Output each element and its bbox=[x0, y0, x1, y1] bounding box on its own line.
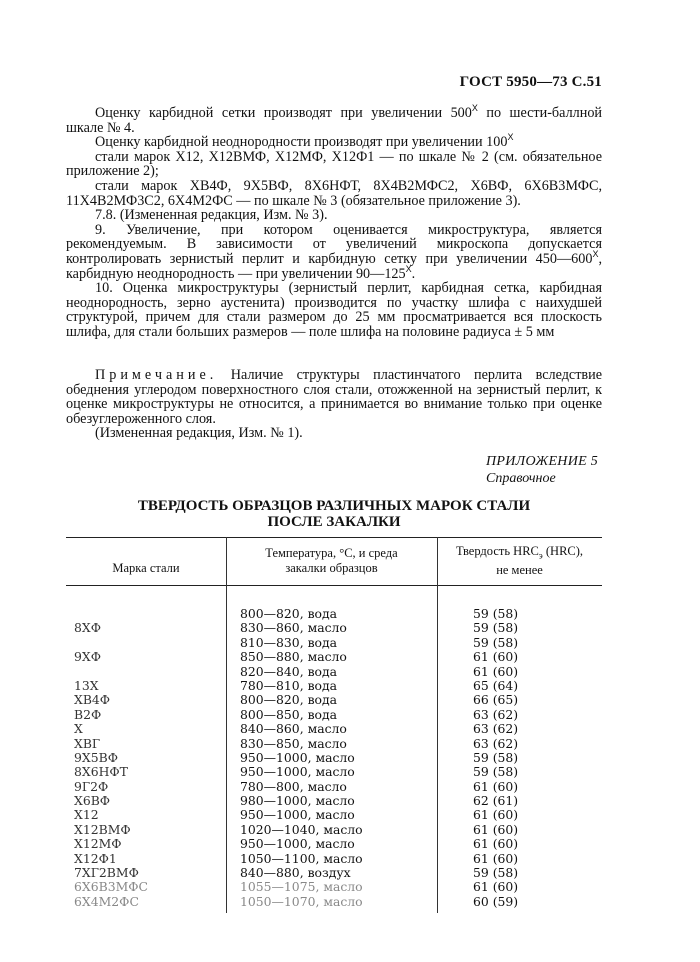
table-title: ТВЕРДОСТЬ ОБРАЗЦОВ РАЗЛИЧНЫХ МАРОК СТАЛИ… bbox=[66, 498, 602, 530]
grade-cell: 9ХФ bbox=[74, 650, 224, 664]
temperature-cell: 830—860, масло bbox=[240, 621, 440, 635]
text: закалки образцов bbox=[285, 561, 377, 575]
hardness-table: Марка стали Температура, °С, и средазака… bbox=[66, 537, 602, 913]
hardness-cell: 63 (62) bbox=[411, 708, 611, 722]
temperature-cell: 800—820, вода bbox=[240, 693, 440, 707]
hardness-cell: 61 (60) bbox=[411, 808, 611, 822]
temperature-cell: 800—850, вода bbox=[240, 708, 440, 722]
grade-cell: 8ХФ bbox=[74, 621, 224, 635]
table-row: 800—820, вода59 (58) bbox=[66, 607, 602, 621]
header-temperature: Температура, °С, и средазакалки образцов bbox=[226, 537, 437, 585]
text: не менее bbox=[496, 563, 543, 577]
table-row: 7ХГ2ВМФ840—880, воздух59 (58) bbox=[66, 866, 602, 880]
body-text: Оценку карбидной сетки производят при ув… bbox=[66, 106, 602, 340]
table-row: 810—830, вода59 (58) bbox=[66, 636, 602, 650]
temperature-cell: 810—830, вода bbox=[240, 636, 440, 650]
grade-cell: Х12 bbox=[74, 808, 224, 822]
table-row: В2Ф800—850, вода63 (62) bbox=[66, 708, 602, 722]
grade-cell: 7ХГ2ВМФ bbox=[74, 866, 224, 880]
hardness-cell: 61 (60) bbox=[411, 852, 611, 866]
table-row: 6Х6В3МФС1055—1075, масло61 (60) bbox=[66, 880, 602, 894]
hardness-cell: 59 (58) bbox=[411, 866, 611, 880]
text: Оценку карбидной сетки производят при ув… bbox=[95, 105, 472, 121]
hardness-cell: 61 (60) bbox=[411, 880, 611, 894]
text: (HRC), bbox=[543, 544, 583, 558]
table-row: Х6ВФ980—1000, масло62 (61) bbox=[66, 794, 602, 808]
grade-cell: Х12МФ bbox=[74, 837, 224, 851]
hardness-cell: 65 (64) bbox=[411, 679, 611, 693]
paragraph-revision-3: 7.8. (Измененная редакция, Изм. № 3). bbox=[66, 208, 602, 223]
grade-cell: 13Х bbox=[74, 679, 224, 693]
grade-cell: Х6ВФ bbox=[74, 794, 224, 808]
paragraph-10: 10. Оценка микроструктуры (зернистый пер… bbox=[66, 281, 602, 339]
grade-cell: Х12Ф1 bbox=[74, 852, 224, 866]
table-row: Х12Ф11050—1100, масло61 (60) bbox=[66, 852, 602, 866]
grade-cell: Х bbox=[74, 722, 224, 736]
paragraph-carbide-network: Оценку карбидной сетки производят при ув… bbox=[66, 106, 602, 135]
hardness-cell: 63 (62) bbox=[411, 722, 611, 736]
table-row: 9Г2Ф780—800, масло61 (60) bbox=[66, 780, 602, 794]
temperature-cell: 780—810, вода bbox=[240, 679, 440, 693]
appendix-title: ПРИЛОЖЕНИЕ 5 bbox=[486, 453, 598, 470]
text: Твердость HRC bbox=[456, 544, 539, 558]
table-header-border bbox=[66, 585, 602, 586]
temperature-cell: 980—1000, масло bbox=[240, 794, 440, 808]
table-title-line: ПОСЛЕ ЗАКАЛКИ bbox=[66, 514, 602, 530]
grade-cell: 9Г2Ф bbox=[74, 780, 224, 794]
appendix-subtitle: Справочное bbox=[486, 470, 598, 487]
hardness-cell: 61 (60) bbox=[411, 650, 611, 664]
grade-cell: ХВ4Ф bbox=[74, 693, 224, 707]
note-revision: (Измененная редакция, Изм. № 1). bbox=[66, 426, 602, 441]
hardness-cell: 61 (60) bbox=[411, 780, 611, 794]
temperature-cell: 1050—1100, масло bbox=[240, 852, 440, 866]
appendix-label: ПРИЛОЖЕНИЕ 5 Справочное bbox=[486, 453, 598, 487]
grade-cell: 8Х6НФТ bbox=[74, 765, 224, 779]
table-row: 820—840, вода61 (60) bbox=[66, 665, 602, 679]
table-row: Х840—860, масло63 (62) bbox=[66, 722, 602, 736]
temperature-cell: 950—1000, масло bbox=[240, 808, 440, 822]
note: Примечание. Наличие структуры пластинчат… bbox=[66, 368, 602, 441]
table-row: Х12МФ950—1000, масло61 (60) bbox=[66, 837, 602, 851]
temperature-cell: 840—880, воздух bbox=[240, 866, 440, 880]
hardness-cell: 59 (58) bbox=[411, 607, 611, 621]
table-row: Х12ВМФ1020—1040, масло61 (60) bbox=[66, 823, 602, 837]
hardness-cell: 62 (61) bbox=[411, 794, 611, 808]
temperature-cell: 850—880, масло bbox=[240, 650, 440, 664]
header-grade: Марка стали bbox=[66, 537, 226, 585]
temperature-cell: 1050—1070, масло bbox=[240, 895, 440, 909]
text: Оценку карбидной неоднородности производ… bbox=[95, 134, 507, 150]
note-label: Примечание. bbox=[95, 367, 217, 383]
text: 9. Увеличение, при котором оценивается м… bbox=[66, 222, 602, 267]
temperature-cell: 820—840, вода bbox=[240, 665, 440, 679]
hardness-cell: 59 (58) bbox=[411, 621, 611, 635]
text: Температура, °С, и среда bbox=[265, 546, 397, 560]
hardness-cell: 59 (58) bbox=[411, 765, 611, 779]
hardness-cell: 66 (65) bbox=[411, 693, 611, 707]
paragraph-grades-scale-3: стали марок ХВ4Ф, 9Х5ВФ, 8Х6НФТ, 8Х4В2МФ… bbox=[66, 179, 602, 208]
temperature-cell: 1055—1075, масло bbox=[240, 880, 440, 894]
hardness-cell: 59 (58) bbox=[411, 751, 611, 765]
hardness-cell: 61 (60) bbox=[411, 837, 611, 851]
table-row: ХВГ830—850, масло63 (62) bbox=[66, 737, 602, 751]
table-row: 13Х780—810, вода65 (64) bbox=[66, 679, 602, 693]
hardness-cell: 60 (59) bbox=[411, 895, 611, 909]
grade-cell: 6Х4М2ФС bbox=[74, 895, 224, 909]
temperature-cell: 800—820, вода bbox=[240, 607, 440, 621]
hardness-cell: 61 (60) bbox=[411, 823, 611, 837]
table-body: 800—820, вода59 (58)8ХФ830—860, масло59 … bbox=[66, 607, 602, 909]
text: . bbox=[412, 266, 416, 282]
grade-cell: 9Х5ВФ bbox=[74, 751, 224, 765]
temperature-cell: 1020—1040, масло bbox=[240, 823, 440, 837]
paragraph-grades-scale-2: стали марок Х12, Х12ВМФ, Х12МФ, Х12Ф1 — … bbox=[66, 150, 602, 179]
hardness-cell: 61 (60) bbox=[411, 665, 611, 679]
table-row: 6Х4М2ФС1050—1070, масло60 (59) bbox=[66, 895, 602, 909]
page-header: ГОСТ 5950—73 С.51 bbox=[440, 74, 602, 91]
temperature-cell: 780—800, масло bbox=[240, 780, 440, 794]
grade-cell: 6Х6В3МФС bbox=[74, 880, 224, 894]
hardness-cell: 59 (58) bbox=[411, 636, 611, 650]
table-title-line: ТВЕРДОСТЬ ОБРАЗЦОВ РАЗЛИЧНЫХ МАРОК СТАЛИ bbox=[66, 498, 602, 514]
grade-cell: В2Ф bbox=[74, 708, 224, 722]
magnification-sign: X bbox=[507, 132, 513, 142]
temperature-cell: 950—1000, масло bbox=[240, 837, 440, 851]
note-paragraph: Примечание. Наличие структуры пластинчат… bbox=[66, 368, 602, 426]
temperature-cell: 950—1000, масло bbox=[240, 751, 440, 765]
paragraph-9: 9. Увеличение, при котором оценивается м… bbox=[66, 223, 602, 281]
table-row: 8ХФ830—860, масло59 (58) bbox=[66, 621, 602, 635]
table-row: 8Х6НФТ950—1000, масло59 (58) bbox=[66, 765, 602, 779]
grade-cell: ХВГ bbox=[74, 737, 224, 751]
temperature-cell: 840—860, масло bbox=[240, 722, 440, 736]
temperature-cell: 950—1000, масло bbox=[240, 765, 440, 779]
table-row: ХВ4Ф800—820, вода66 (65) bbox=[66, 693, 602, 707]
table-row: 9ХФ850—880, масло61 (60) bbox=[66, 650, 602, 664]
temperature-cell: 830—850, масло bbox=[240, 737, 440, 751]
hardness-cell: 63 (62) bbox=[411, 737, 611, 751]
table-row: Х12950—1000, масло61 (60) bbox=[66, 808, 602, 822]
header-hardness: Твердость HRCэ (HRC),не менее bbox=[437, 537, 602, 585]
paragraph-carbide-heterogeneity: Оценку карбидной неоднородности производ… bbox=[66, 135, 602, 150]
grade-cell: Х12ВМФ bbox=[74, 823, 224, 837]
table-row: 9Х5ВФ950—1000, масло59 (58) bbox=[66, 751, 602, 765]
